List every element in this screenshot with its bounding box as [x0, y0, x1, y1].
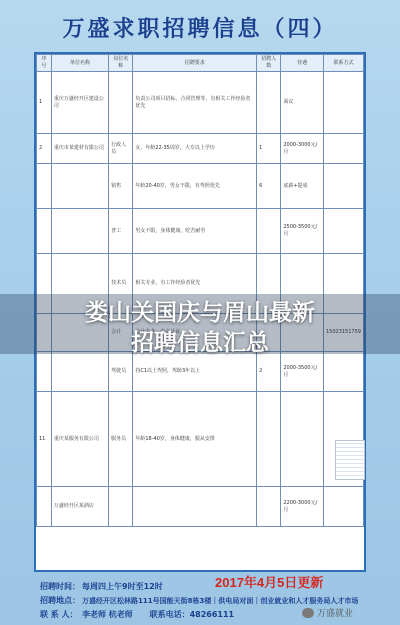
- phone-value: 48266111: [190, 610, 235, 619]
- poster-title: 万盛求职招聘信息（四）: [0, 12, 400, 43]
- cell-position: [109, 487, 133, 527]
- cell-position: 普工: [109, 209, 133, 254]
- cell-salary: 2500-3500元/月: [281, 209, 324, 254]
- cell-salary: [281, 392, 324, 487]
- cell-no: [37, 164, 52, 209]
- cell-contact: [323, 134, 363, 164]
- cell-no: 2: [37, 134, 52, 164]
- recruit-place-label: 招聘地点：: [40, 594, 82, 608]
- header-company: 单位名称: [51, 55, 108, 72]
- cell-requirements: [133, 487, 257, 527]
- cell-no: [37, 209, 52, 254]
- cell-no: 1: [37, 72, 52, 134]
- header-requirements: 招聘要求: [133, 55, 257, 72]
- recruit-time: 招聘时间：每周四上午9时至12时: [40, 580, 370, 594]
- table-row: 万盛经开区某酒店 2200-3000元/月: [37, 487, 364, 527]
- jobs-table: 序号 单位名称 岗位名称 招聘要求 招聘人数 待遇 联系方式 1 重庆万盛经开区…: [36, 54, 364, 527]
- cell-salary: 底薪+提成: [281, 164, 324, 209]
- watermark-text: 万盛就业: [317, 606, 353, 619]
- wechat-icon: [302, 608, 314, 618]
- recruit-place-value: 万盛经开区松林路111号国能天街8栋3楼｜供电局对面｜创业就业和人才服务局人才市…: [82, 597, 358, 605]
- table-row: 2 重庆市某建材有限公司 行政人员 女，年龄22-35周岁，大专以上学历 1 2…: [37, 134, 364, 164]
- headline-line-1: 娄山关国庆与眉山最新: [0, 298, 400, 328]
- cell-count: [257, 487, 281, 527]
- cell-company: 重庆万盛经开区建设公司: [51, 72, 108, 134]
- header-no: 序号: [37, 55, 52, 72]
- header-position: 岗位名称: [109, 55, 133, 72]
- contact-person-value: 李老师 杭老师: [82, 610, 133, 619]
- cell-count: 6: [257, 164, 281, 209]
- cell-contact: [323, 209, 363, 254]
- recruitment-poster: 万盛求职招聘信息（四） 序号 单位名称 岗位名称 招聘要求 招聘人数 待遇 联系…: [0, 0, 400, 625]
- cell-contact: [323, 72, 363, 134]
- cell-contact: [323, 164, 363, 209]
- cell-no: [37, 487, 52, 527]
- headline: 娄山关国庆与眉山最新 招聘信息汇总: [0, 298, 400, 358]
- cell-company: [51, 209, 108, 254]
- cell-contact: [323, 487, 363, 527]
- table-header-row: 序号 单位名称 岗位名称 招聘要求 招聘人数 待遇 联系方式: [37, 55, 364, 72]
- cell-position: 销售: [109, 164, 133, 209]
- cell-count: 1: [257, 134, 281, 164]
- cell-salary: 面议: [281, 72, 324, 134]
- cell-position: [109, 72, 133, 134]
- phone-label: 联系电话：: [150, 610, 190, 619]
- recruit-time-label: 招聘时间：: [40, 580, 82, 594]
- cell-no: 11: [37, 392, 52, 487]
- header-salary: 待遇: [281, 55, 324, 72]
- header-contact: 联系方式: [323, 55, 363, 72]
- cell-position: 行政人员: [109, 134, 133, 164]
- watermark: 万盛就业: [302, 606, 353, 619]
- headline-line-2: 招聘信息汇总: [0, 328, 400, 358]
- contact-person-label: 联 系 人：: [40, 608, 82, 622]
- qr-code-image: [335, 440, 365, 480]
- header-count: 招聘人数: [257, 55, 281, 72]
- cell-company: 重庆市某建材有限公司: [51, 134, 108, 164]
- table-row: 普工 男女不限，身体健康，吃苦耐劳 2500-3500元/月: [37, 209, 364, 254]
- cell-requirements: 男女不限，身体健康，吃苦耐劳: [133, 209, 257, 254]
- table-row: 1 重庆万盛经开区建设公司 负责公司项目招标、合同管理等，有相关工作经验者优先 …: [37, 72, 364, 134]
- cell-requirements: 负责公司项目招标、合同管理等，有相关工作经验者优先: [133, 72, 257, 134]
- cell-count: [257, 392, 281, 487]
- table-row: 11 重庆某服务有限公司 服务员 年龄18-40岁，身体健康，服从安排: [37, 392, 364, 487]
- cell-requirements: 年龄20-40岁，男女不限，有驾照优先: [133, 164, 257, 209]
- cell-requirements: 女，年龄22-35周岁，大专以上学历: [133, 134, 257, 164]
- cell-company: 重庆某服务有限公司: [51, 392, 108, 487]
- cell-salary: 2200-3000元/月: [281, 487, 324, 527]
- cell-count: [257, 72, 281, 134]
- cell-position: 服务员: [109, 392, 133, 487]
- recruit-time-value: 每周四上午9时至12时: [82, 582, 163, 591]
- cell-company: [51, 164, 108, 209]
- table-row: 销售 年龄20-40岁，男女不限，有驾照优先 6 底薪+提成: [37, 164, 364, 209]
- cell-salary: 2000-3000元/月: [281, 134, 324, 164]
- cell-count: [257, 209, 281, 254]
- cell-company: 万盛经开区某酒店: [51, 487, 108, 527]
- cell-requirements: 年龄18-40岁，身体健康，服从安排: [133, 392, 257, 487]
